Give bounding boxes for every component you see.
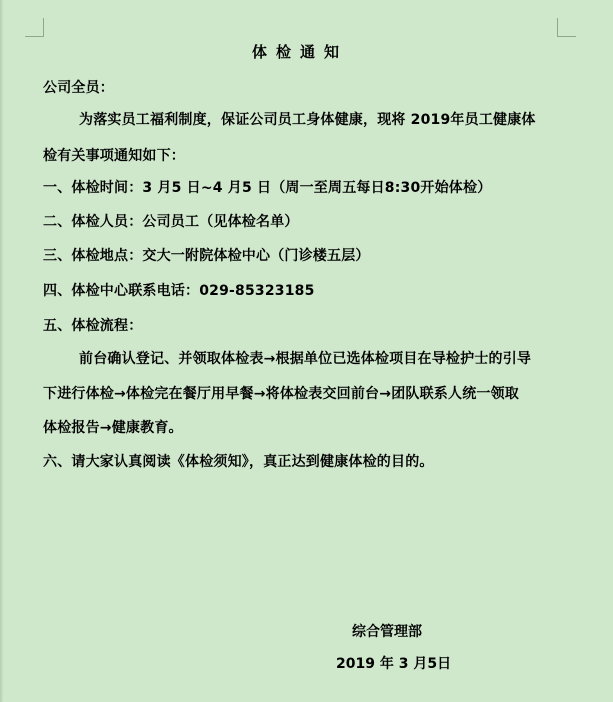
page-left-edge [0, 0, 3, 702]
process-line-2: 下进行体检→体检完在餐厅用早餐→将体检表交回前台→团队联系人统一领取 [43, 385, 519, 403]
crop-mark-top-right [557, 18, 576, 37]
item-phone: 四、体检中心联系电话：029-85323185 [43, 282, 315, 300]
salutation: 公司全员： [43, 79, 114, 97]
item-location: 三、体检地点：交大一附院体检中心（门诊楼五层） [43, 247, 370, 265]
item-personnel: 二、体检人员：公司员工（见体检名单） [43, 213, 299, 231]
item-reminder: 六、请大家认真阅读《体检须知》，真正达到健康体检的目的。 [43, 453, 434, 471]
intro-line-2: 检有关事项通知如下： [43, 147, 185, 165]
document-page: 体检通知 公司全员： 为落实员工福利制度，保证公司员工身体健康，现将 2019年… [43, 0, 557, 702]
item-time: 一、体检时间：3 月5 日~4 月5 日（周一至周五每日8:30开始体检） [43, 179, 491, 197]
process-line-1: 前台确认登记、并领取体检表→根据单位已选体检项目在导检护士的引导 [79, 350, 531, 368]
crop-mark-top-left [25, 18, 44, 37]
signature-date: 2019 年 3 月5日 [336, 655, 451, 673]
signature-department: 综合管理部 [352, 623, 422, 641]
item-process-heading: 五、体检流程： [43, 317, 142, 335]
document-title: 体检通知 [43, 42, 557, 62]
intro-line-1: 为落实员工福利制度，保证公司员工身体健康，现将 2019年员工健康体 [79, 111, 536, 129]
process-line-3: 体检报告→健康教育。 [43, 419, 183, 437]
